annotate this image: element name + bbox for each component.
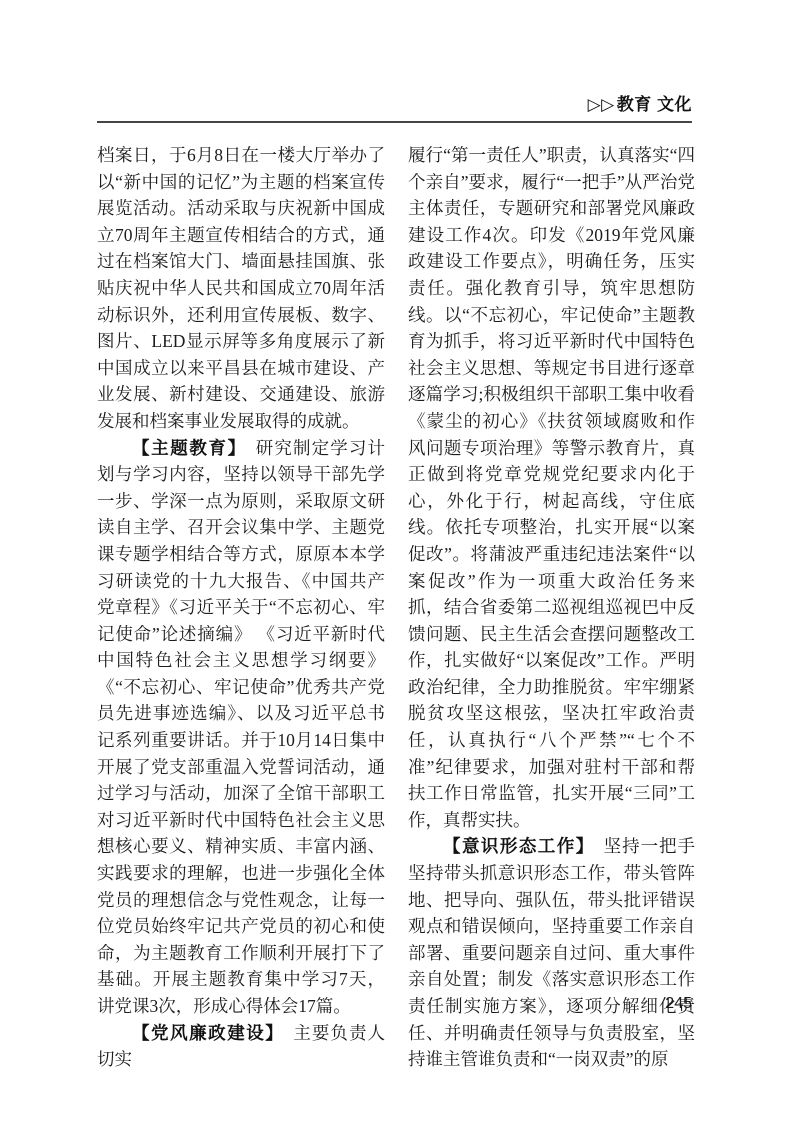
- paragraph-section: 【意识形态工作】坚持一把手坚持带头抓意识形态工作，带头管阵地、把导向、强队伍，带…: [408, 833, 695, 1072]
- paragraph-continuation: 档案日，于6月8日在一楼大厅举办了以“新中国的记忆”为主题的档案宣传展览活动。活…: [97, 142, 385, 435]
- header-section-title: 教育 文化: [617, 95, 692, 114]
- header-arrows-icon: ▷▷: [588, 95, 615, 114]
- section-heading: 【党风廉政建设】: [132, 1023, 284, 1043]
- text-column-left: 档案日，于6月8日在一楼大厅举办了以“新中国的记忆”为主题的档案宣传展览活动。活…: [97, 142, 385, 1073]
- page-number: 245: [97, 995, 692, 1013]
- paragraph-section: 【党风廉政建设】主要负责人切实: [97, 1020, 385, 1073]
- section-text: 研究制定学习计划与学习内容，坚持以领导干部先学一步、学深一点为原则，采取原文研读…: [97, 438, 385, 1016]
- text-columns: 档案日，于6月8日在一楼大厅举办了以“新中国的记忆”为主题的档案宣传展览活动。活…: [97, 142, 695, 1073]
- section-text: 坚持一把手坚持带头抓意识形态工作，带头管阵地、把导向、强队伍，带头批评错误观点和…: [408, 836, 695, 1069]
- header-rule: [97, 121, 692, 123]
- section-heading: 【意识形态工作】: [443, 836, 595, 856]
- paragraph-continuation: 履行“第一责任人”职责，认真落实“四个亲自”要求，履行“一把手”从严治党主体责任…: [408, 142, 695, 833]
- page-header: ▷▷教育 文化: [97, 94, 692, 116]
- section-heading: 【主题教育】: [132, 438, 247, 458]
- paragraph-section: 【主题教育】研究制定学习计划与学习内容，坚持以领导干部先学一步、学深一点为原则，…: [97, 435, 385, 1020]
- text-column-right: 履行“第一责任人”职责，认真落实“四个亲自”要求，履行“一把手”从严治党主体责任…: [408, 142, 695, 1073]
- document-page: ▷▷教育 文化 档案日，于6月8日在一楼大厅举办了以“新中国的记忆”为主题的档案…: [0, 0, 793, 1122]
